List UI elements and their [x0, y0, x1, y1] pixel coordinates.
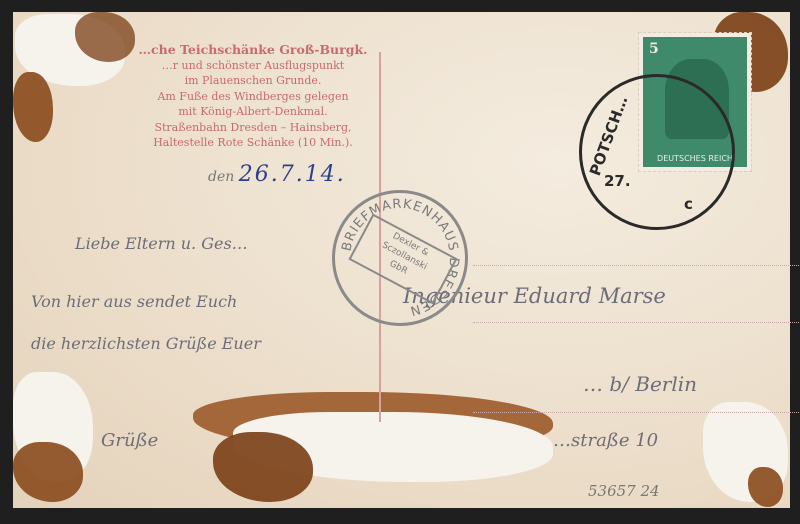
stamp-value: 5 [649, 41, 659, 57]
header-line: im Plauenschen Grunde. [133, 73, 373, 89]
header-line: …r und schönster Ausflugspunkt [133, 58, 373, 74]
address-line [473, 412, 800, 413]
glue-stain [213, 432, 313, 502]
date-value: 26.7.14. [239, 162, 346, 187]
postmark-cancellation: POTSCH… 27. c [579, 74, 735, 230]
header-line: Straßenbahn Dresden – Hainsberg, [133, 120, 373, 136]
postcard-back: …che Teichschänke Groß-Burgk. …r und sch… [13, 12, 790, 508]
address-line [473, 265, 800, 266]
postmark-place: POTSCH… [586, 94, 631, 178]
message-line: die herzlichsten Grüße Euer [31, 334, 261, 353]
date-prefix: den [208, 169, 234, 185]
postmark-letter: c [684, 195, 693, 213]
glue-stain [13, 72, 53, 142]
header-title: …che Teichschänke Groß-Burgk. [133, 42, 373, 58]
address-line [473, 322, 800, 323]
message-line: Von hier aus sendet Euch [31, 292, 237, 311]
address-city: … b/ Berlin [583, 372, 697, 396]
reference-number: 53657 24 [588, 482, 660, 500]
message-line: Grüße [101, 430, 158, 451]
dealer-stamp: BRIEFMARKENHAUS DRESDEN Dexler & Sczolla… [332, 190, 468, 326]
postmark-day: 27. [604, 172, 631, 190]
address-street: …straße 10 [553, 430, 658, 451]
header-line: Haltestelle Rote Schänke (10 Min.). [133, 135, 373, 151]
message-line: Liebe Eltern u. Ges… [75, 234, 248, 253]
glue-stain [13, 442, 83, 502]
header-line: Am Fuße des Windberges gelegen [133, 89, 373, 105]
handwritten-date: den 26.7.14. [208, 162, 346, 187]
printed-header: …che Teichschänke Groß-Burgk. …r und sch… [133, 42, 373, 151]
header-line: mit König-Albert-Denkmal. [133, 104, 373, 120]
